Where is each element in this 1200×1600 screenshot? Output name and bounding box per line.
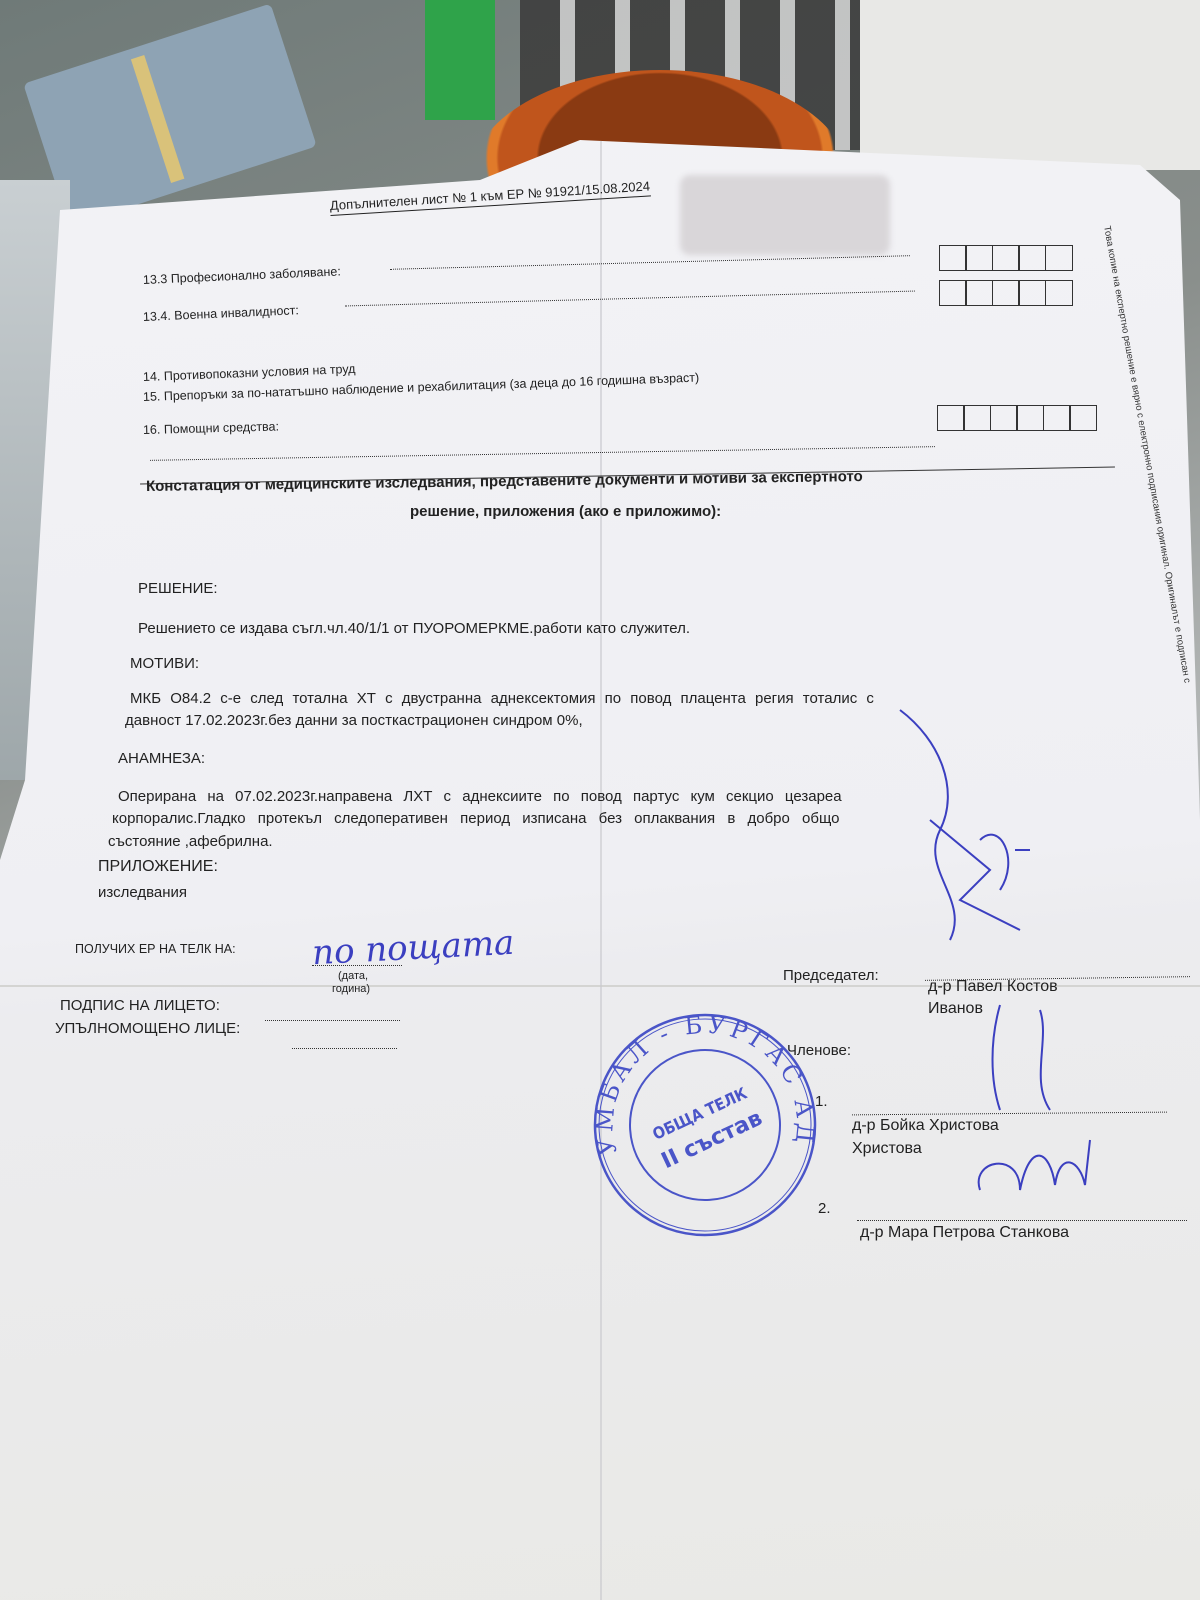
institution-stamp: УМБАЛ - БУРГАС АД ОБЩА ТЕЛК II състав (590, 1010, 820, 1240)
field-16-line (150, 446, 935, 461)
telk-decision-document: Допълнителен лист № 1 към ЕР № 91921/15.… (0, 0, 1200, 1600)
authorized-person-label: УПЪЛНОМОЩЕНО ЛИЦЕ: (55, 1020, 240, 1037)
receipt-label: ПОЛУЧИХ ЕР НА ТЕЛК НА: (75, 942, 236, 956)
field-16-code-boxes (938, 405, 1097, 431)
chair-label: Председател: (783, 967, 879, 984)
redacted-area (680, 175, 890, 255)
member-2-name-line-1: д-р Мара Петрова Станкова (860, 1224, 1069, 1242)
field-13-3-code-boxes (940, 245, 1073, 271)
decision-text: Решението се издава съгл.чл.40/1/1 от ПУ… (138, 620, 690, 637)
anamnesis-line-2: корпоралис.Гладко протекъл следоперативе… (112, 810, 839, 827)
field-13-4-label: 13.4. Военна инвалидност: (143, 303, 299, 324)
attachment-text: изследвания (98, 884, 187, 901)
anamnesis-line-3: състояние ,афебрилна. (108, 833, 273, 850)
anamnesis-label: АНАМНЕЗА: (118, 750, 205, 767)
authorized-person-line (292, 1048, 397, 1049)
receipt-hint: (дата, (338, 970, 368, 982)
section-heading-line2: решение, приложения (ако е приложимо): (410, 503, 721, 520)
chair-name-line-1: д-р Павел Костов (928, 978, 1058, 996)
attachment-label: ПРИЛОЖЕНИЕ: (98, 858, 218, 876)
member-2-signature-line (857, 1220, 1187, 1221)
field-14-label: 14. Противопоказни условия на труд (143, 362, 356, 384)
person-signature-line (265, 1020, 400, 1021)
field-13-4-line (345, 291, 915, 307)
field-13-4-code-boxes (940, 280, 1073, 306)
member-signatures (960, 1000, 1110, 1200)
motives-label: МОТИВИ: (130, 655, 199, 672)
field-13-3-line (390, 255, 910, 270)
decision-label: РЕШЕНИЕ: (138, 580, 218, 597)
member-1-name-line-2: Христова (852, 1140, 922, 1158)
document-header: Допълнителен лист № 1 към ЕР № 91921/15.… (329, 178, 650, 216)
receipt-date-line (312, 965, 402, 966)
section-heading: Констатация от медицинските изследвания,… (146, 468, 863, 495)
receipt-hint-2: година) (332, 983, 370, 995)
field-13-3-label: 13.3 Професионално заболяване: (143, 264, 341, 287)
chair-signature (880, 700, 1080, 960)
person-signature-label: ПОДПИС НА ЛИЦЕТО: (60, 997, 220, 1014)
side-note: Това копие на експертно решение е вярно … (1101, 225, 1192, 684)
anamnesis-line-1: Оперирана на 07.02.2023г.направена ЛХТ с… (118, 788, 842, 805)
motives-line-1: МКБ О84.2 с-е след тотална ХТ с двустран… (130, 690, 874, 707)
field-16-label: 16. Помощни средства: (143, 419, 279, 437)
motives-line-2: давност 17.02.2023г.без данни за посткас… (125, 712, 583, 729)
